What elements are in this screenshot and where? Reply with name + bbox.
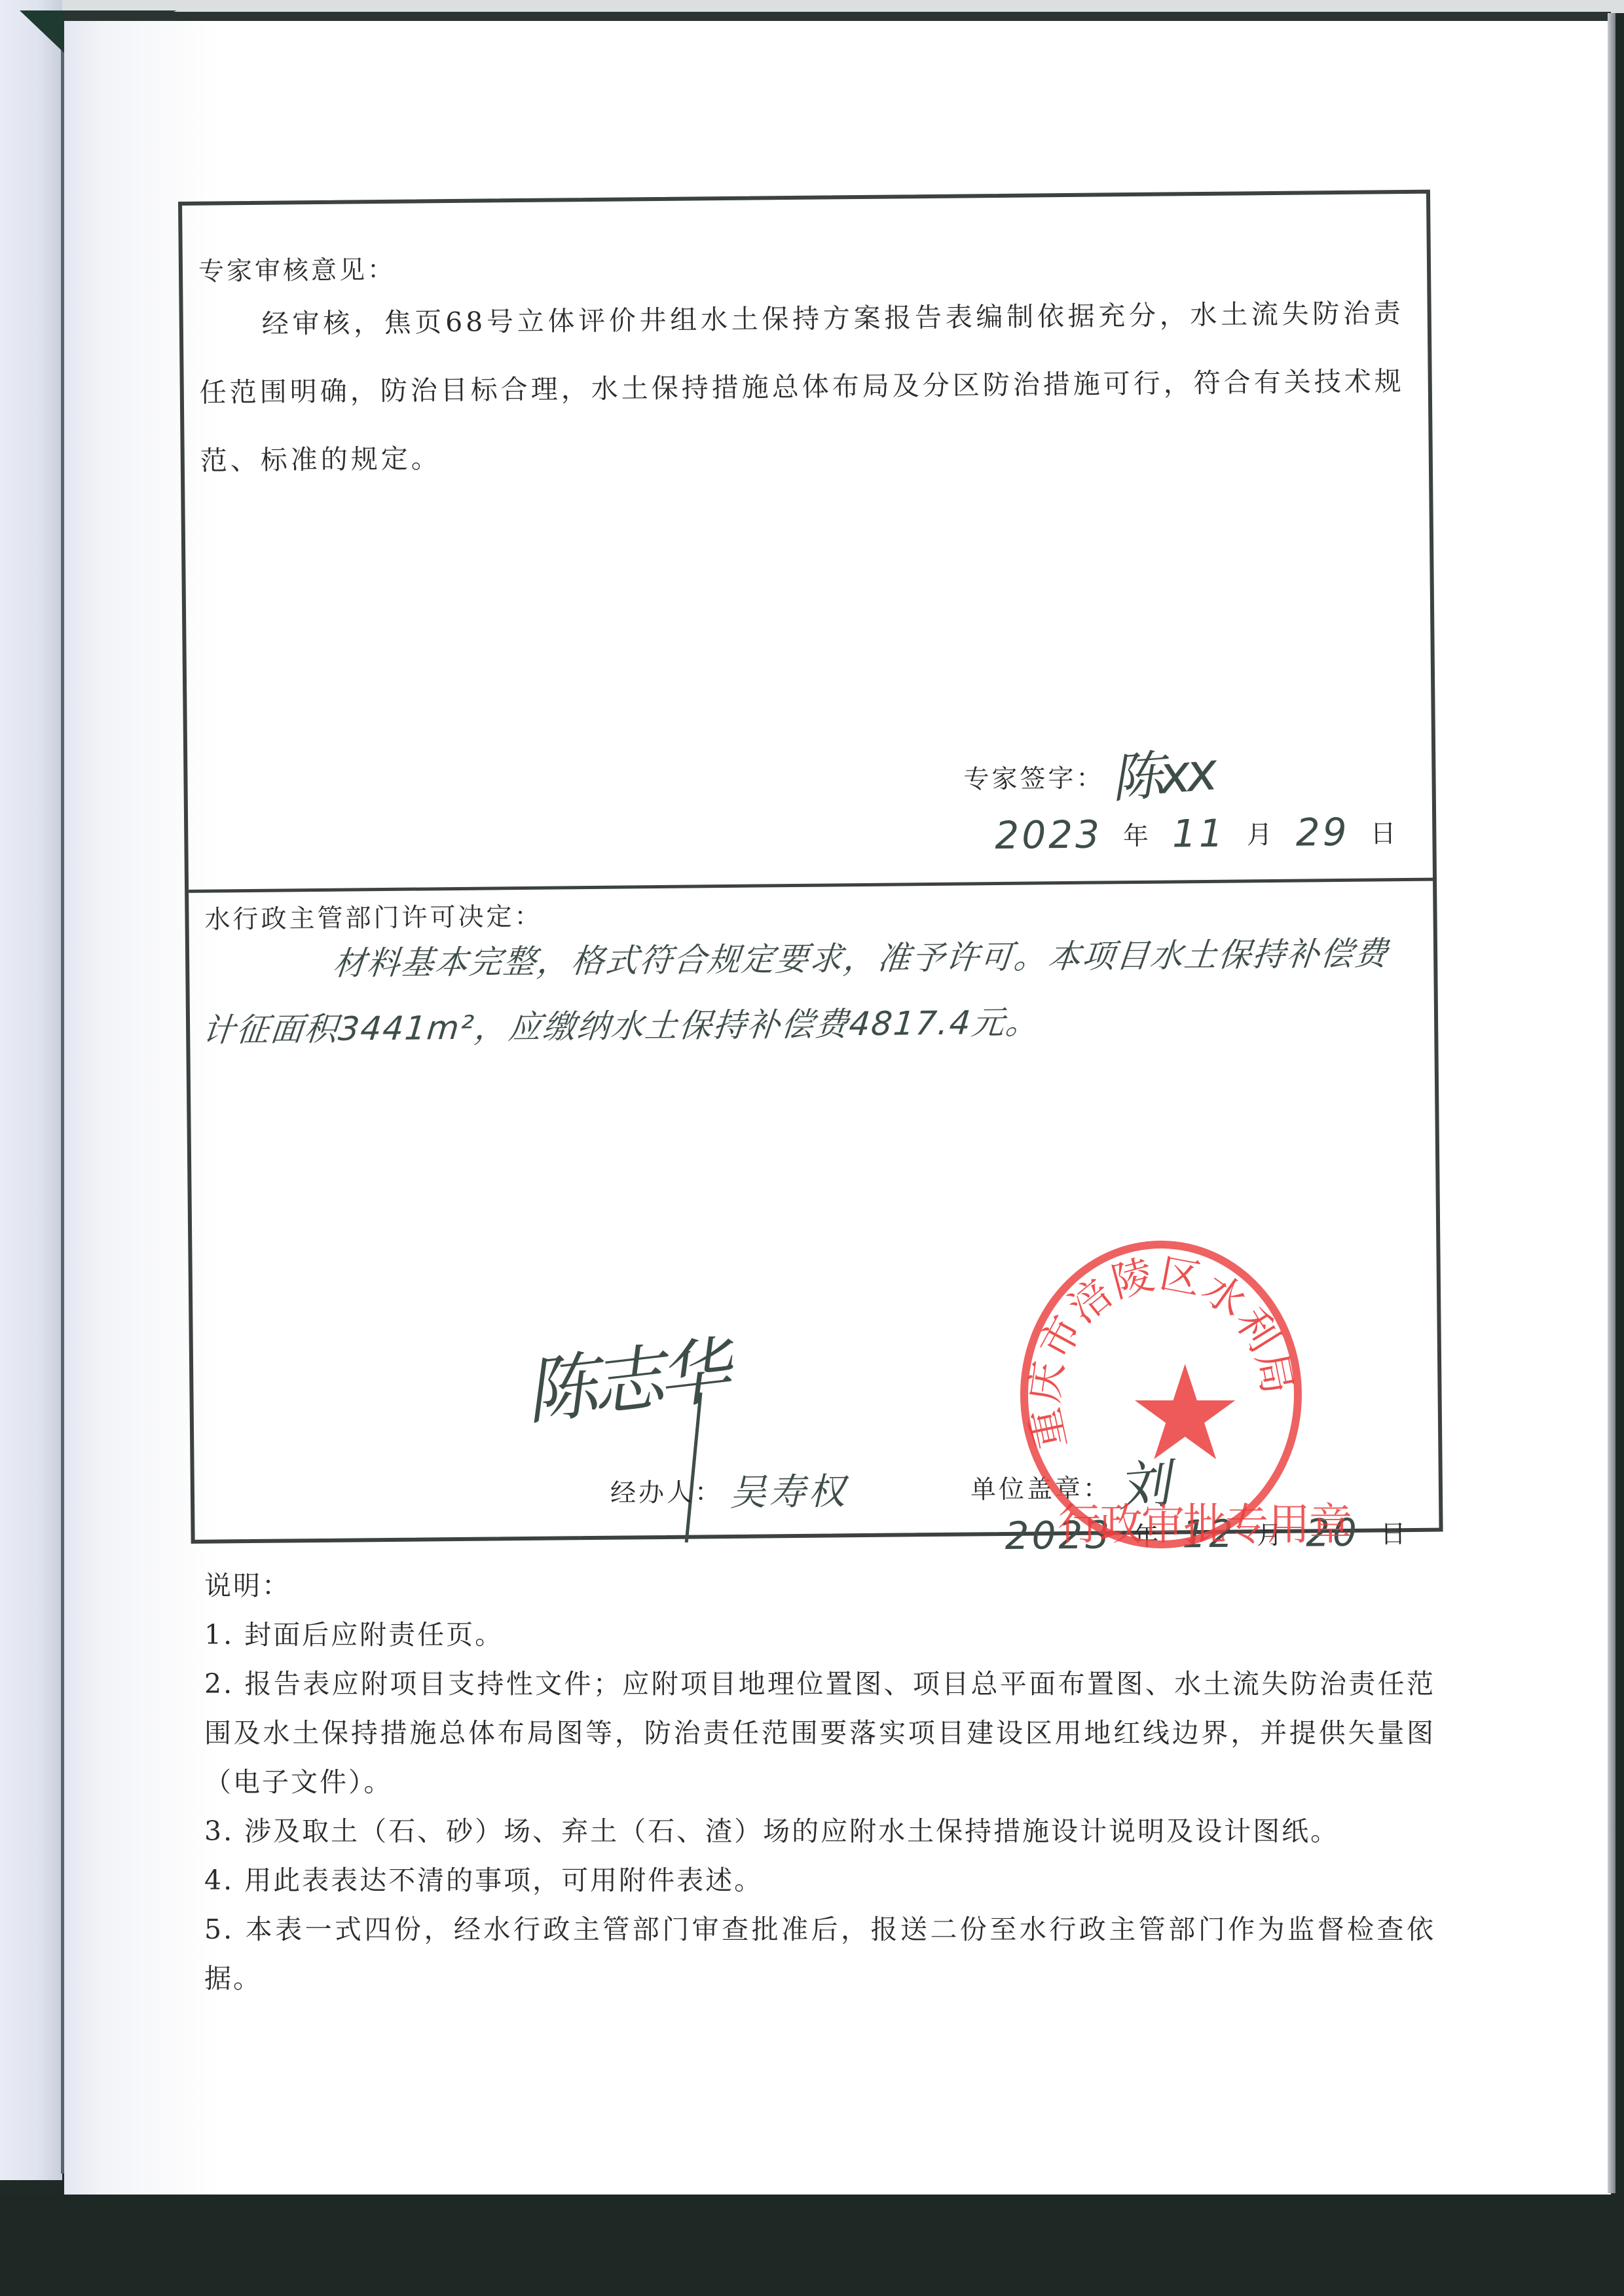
- expert-review-opinion: 经审核，焦页68号立体评价井组水土保持方案报告表编制依据充分，水土流失防治责任范…: [198, 279, 1405, 495]
- year-label: 年: [1123, 816, 1152, 852]
- expert-signature-row: 专家签字： 陈xx: [963, 749, 1213, 804]
- expert-date-month: 11: [1172, 811, 1226, 856]
- expert-signature-label: 专家签字：: [963, 757, 1105, 795]
- decision-handwritten-text: 材料基本完整，格式符合规定要求，准予许可。本项目水土保持补偿费计征面积3441m…: [199, 920, 1416, 1063]
- page-right-edge: [1608, 13, 1615, 2193]
- scan-top-edge: [0, 0, 1624, 13]
- note-item: 3. 涉及取土（石、砂）场、弃土（石、渣）场的应附水土保持措施设计说明及设计图纸…: [204, 1807, 1435, 1856]
- handler-signature: 吴寿权: [729, 1463, 848, 1516]
- day-label: 日: [1370, 813, 1399, 850]
- binding-spine: [0, 0, 62, 2180]
- expert-signature: 陈xx: [1109, 746, 1216, 806]
- scan-bottom-edge: [0, 2195, 1624, 2296]
- note-item: 1. 封面后应附责任页。: [204, 1611, 1435, 1660]
- expert-review-label: 专家审核意见：: [198, 249, 396, 288]
- day-label: 日: [1380, 1514, 1409, 1550]
- seal-bottom-text: 行政审批专用章: [1058, 1489, 1351, 1552]
- month-label: 月: [1247, 814, 1276, 851]
- expert-date-year: 2023: [995, 812, 1102, 858]
- note-item: 4. 用此表表达不清的事项，可用附件表述。: [204, 1856, 1435, 1905]
- notes-title: 说明：: [204, 1561, 1435, 1611]
- seal-star-icon: ★: [1126, 1349, 1244, 1480]
- handler-row: 经办人： 吴寿权: [610, 1463, 848, 1517]
- note-item: 5. 本表一式四份，经水行政主管部门审查批准后，报送二份至水行政主管部门作为监督…: [204, 1905, 1435, 2003]
- note-item: 2. 报告表应附项目支持性文件；应附项目地理位置图、项目总平面布置图、水土流失防…: [204, 1660, 1435, 1807]
- expert-date-day: 29: [1295, 810, 1349, 855]
- expert-review-section: 专家审核意见： 经审核，焦页68号立体评价井组水土保持方案报告表编制依据充分，水…: [182, 194, 1433, 890]
- handler-label: 经办人：: [610, 1472, 724, 1510]
- notes-section: 说明： 1. 封面后应附责任页。 2. 报告表应附项目支持性文件；应附项目地理位…: [204, 1561, 1435, 2003]
- expert-date: 2023 年 11 月 29 日: [980, 809, 1399, 858]
